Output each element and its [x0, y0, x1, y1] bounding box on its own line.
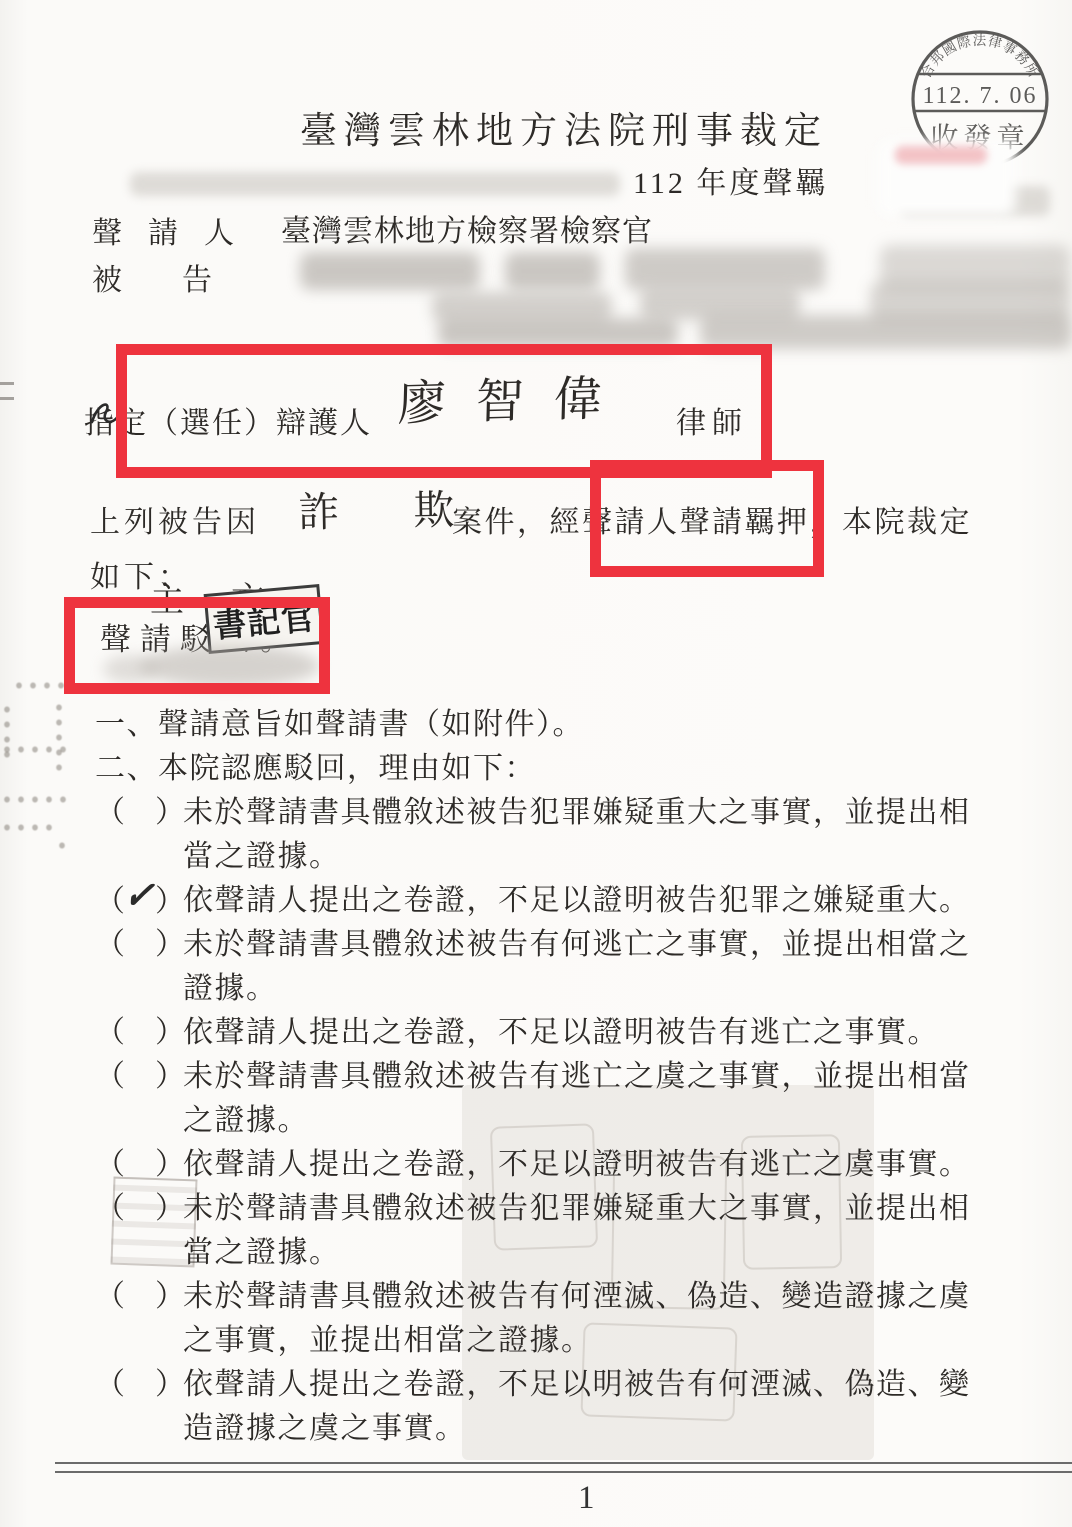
- checklist-item-text: 依聲請人提出之卷證，不足以明被告有何湮滅、偽造、變造證據之虞之事實。: [183, 1368, 971, 1445]
- checklist-item-text: 未於聲請書具體敘述被告有何逃亡之事實，並提出相當之證據。: [183, 928, 971, 1005]
- scanned-court-document: 合邦國際法律事務所 112. 7. 06 收發章 臺灣雲林地方法院刑事裁定 11…: [0, 0, 1072, 1527]
- document-title: 臺灣雲林地方法院刑事裁定: [300, 100, 828, 154]
- annotation-box-ruling: [64, 597, 330, 694]
- applicant-name: 臺灣雲林地方檢察署檢察官: [281, 206, 653, 250]
- bleedthrough-dots: [55, 838, 69, 853]
- checkbox-parens: （）: [95, 791, 185, 835]
- reasons-section: 一、聲請意旨如聲請書（如附件）。 二、本院認應駁回，理由如下： （） 未於聲請書…: [95, 703, 995, 1451]
- footer-rule-top: [55, 1462, 1072, 1464]
- bleedthrough-text-line: [130, 172, 620, 196]
- checklist-item: （） 依聲請人提出之卷證，不足以明被告有何湮滅、偽造、變造證據之虞之事實。: [95, 1363, 983, 1451]
- footer-rule-bottom: [55, 1471, 1072, 1473]
- checklist-item: （） 未於聲請書具體敘述被告有逃亡之虞之事實，並提出相當之證據。: [95, 1055, 983, 1143]
- checklist-item: （） 依聲請人提出之卷證，不足以證明被告有逃亡之虞事實。: [95, 1143, 983, 1187]
- redacted-blob: [505, 252, 600, 290]
- annotation-box-detention-request: [590, 460, 824, 577]
- bleedthrough-dots: [0, 792, 72, 807]
- checklist-item-text: 未於聲請書具體敘述被告有何湮滅、偽造、變造證據之虞之事實，並提出相當之證據。: [183, 1280, 971, 1357]
- bleedthrough-dots: [52, 700, 66, 778]
- checkbox-parens: （）: [95, 1011, 185, 1055]
- annotation-box-defense-counsel: [116, 344, 772, 478]
- checklist-item: （✓） 依聲請人提出之卷證，不足以證明被告犯罪之嫌疑重大。: [95, 879, 983, 923]
- checklist-item: （） 未於聲請書具體敘述被告犯罪嫌疑重大之事實，並提出相當之證據。: [95, 791, 983, 879]
- bleedthrough-dots: [0, 820, 56, 835]
- checkbox-parens: （）: [95, 1275, 185, 1319]
- redacted-blob: [300, 252, 480, 290]
- applicant-label: 聲請人: [92, 208, 260, 252]
- checklist-item: （） 未於聲請書具體敘述被告犯罪嫌疑重大之事實，並提出相當之證據。: [95, 1187, 983, 1275]
- checklist-item-text: 依聲請人提出之卷證，不足以證明被告犯罪之嫌疑重大。: [183, 884, 971, 917]
- bleedthrough-dots: [12, 678, 68, 693]
- checkbox-parens: （）: [95, 923, 185, 967]
- checkbox-parens: （）: [95, 1187, 185, 1231]
- checklist-item-text: 未於聲請書具體敘述被告犯罪嫌疑重大之事實，並提出相當之證據。: [183, 796, 971, 873]
- cause-prefix: 上列被告因: [90, 497, 260, 541]
- checklist-item-text: 依聲請人提出之卷證，不足以證明被告有逃亡之虞事實。: [183, 1148, 971, 1181]
- defendant-label: 被 告: [92, 255, 212, 299]
- checkbox-parens: （✓）: [95, 879, 185, 924]
- scan-artifact: [0, 382, 14, 400]
- checkbox-parens: （）: [95, 1143, 185, 1187]
- checklist-item-text: 未於聲請書具體敘述被告有逃亡之虞之事實，並提出相當之證據。: [183, 1060, 971, 1137]
- checklist-item: （） 未於聲請書具體敘述被告有何湮滅、偽造、變造證據之虞之事實，並提出相當之證據…: [95, 1275, 983, 1363]
- reason-paragraph-2: 二、本院認應駁回，理由如下：: [95, 747, 995, 791]
- checkbox-parens: （）: [95, 1055, 185, 1099]
- reason-paragraph-1: 一、聲請意旨如聲請書（如附件）。: [95, 703, 995, 747]
- checklist-item: （） 未於聲請書具體敘述被告有何逃亡之事實，並提出相當之證據。: [95, 923, 983, 1011]
- checklist-item-text: 依聲請人提出之卷證，不足以證明被告有逃亡之事實。: [183, 1016, 939, 1049]
- stamp-date: 112. 7. 06: [922, 83, 1037, 109]
- bleedthrough-dots: [0, 742, 66, 757]
- redacted-blob: [625, 248, 825, 290]
- checklist: （） 未於聲請書具體敘述被告犯罪嫌疑重大之事實，並提出相當之證據。 （✓） 依聲…: [95, 791, 995, 1451]
- page-number: 1: [578, 1480, 595, 1517]
- red-smear-artifact: [895, 146, 987, 164]
- checklist-item: （） 依聲請人提出之卷證，不足以證明被告有逃亡之事實。: [95, 1011, 983, 1055]
- checklist-item-text: 未於聲請書具體敘述被告犯罪嫌疑重大之事實，並提出相當之證據。: [183, 1192, 971, 1269]
- case-number: 112 年度聲羈: [633, 158, 828, 202]
- checkbox-parens: （）: [95, 1363, 185, 1407]
